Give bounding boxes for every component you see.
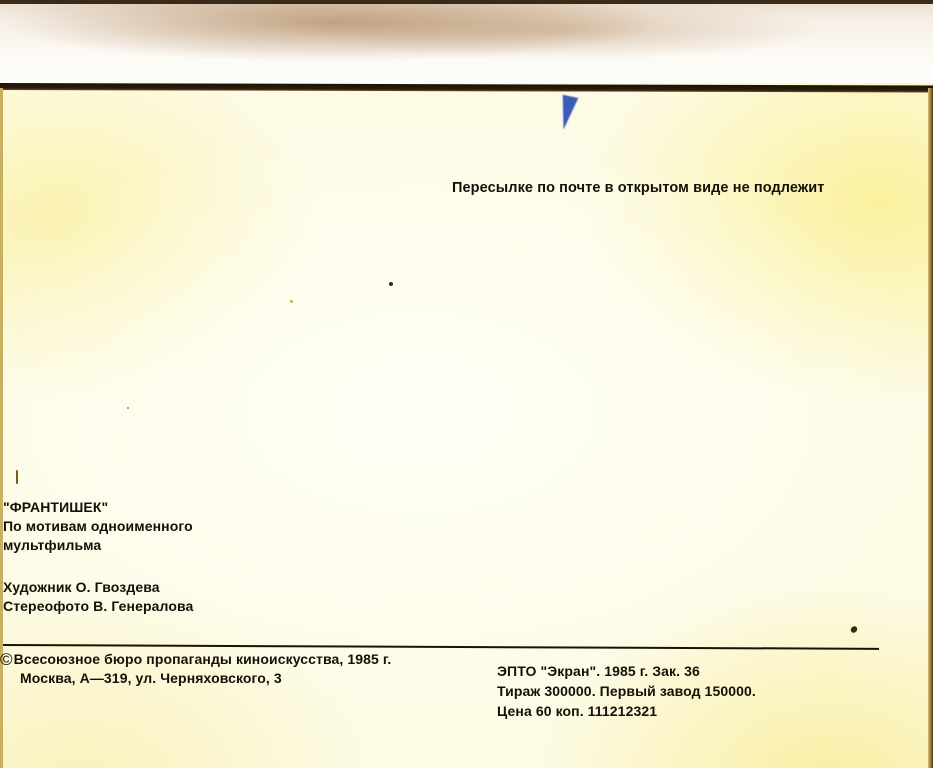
imprint-line1: ЭПТО "Экран". 1985 г. Зак. 36 [497, 661, 756, 681]
scanner-background [0, 0, 933, 86]
card-subtitle-line2: мультфильма [3, 536, 193, 555]
publisher-block: ©Всесоюзное бюро пропаганды киноискусств… [0, 650, 391, 688]
stain-speck [16, 470, 18, 484]
credits-block: Художник О. Гвоздева Стереофото В. Генер… [3, 578, 193, 616]
imprint-line3: Цена 60 коп. 111212321 [497, 701, 756, 721]
stereophoto-credit: Стереофото В. Генералова [3, 597, 193, 616]
imprint-line2: Тираж 300000. Первый завод 150000. [497, 681, 756, 701]
mailing-notice: Пересылке по почте в открытом виде не по… [452, 180, 825, 196]
stain-speck [290, 300, 293, 303]
imprint-block: ЭПТО "Экран". 1985 г. Зак. 36 Тираж 3000… [497, 661, 756, 721]
postcard-right-edge [928, 88, 933, 768]
publisher-line1-row: ©Всесоюзное бюро пропаганды киноискусств… [0, 650, 391, 669]
scanner-edge [0, 0, 933, 4]
card-subtitle-line1: По мотивам одноименного [3, 517, 193, 536]
publisher-line1: Всесоюзное бюро пропаганды киноискусства… [14, 651, 392, 667]
artist-credit: Художник О. Гвоздева [3, 578, 193, 597]
stain-speck [389, 282, 393, 286]
copyright-icon: © [0, 650, 13, 669]
title-block: "ФРАНТИШЕК" По мотивам одноименного муль… [3, 498, 193, 555]
publisher-line2: Москва, А—319, ул. Черняховского, 3 [0, 669, 391, 688]
stain-speck [127, 407, 129, 409]
card-title: "ФРАНТИШЕК" [3, 498, 193, 517]
